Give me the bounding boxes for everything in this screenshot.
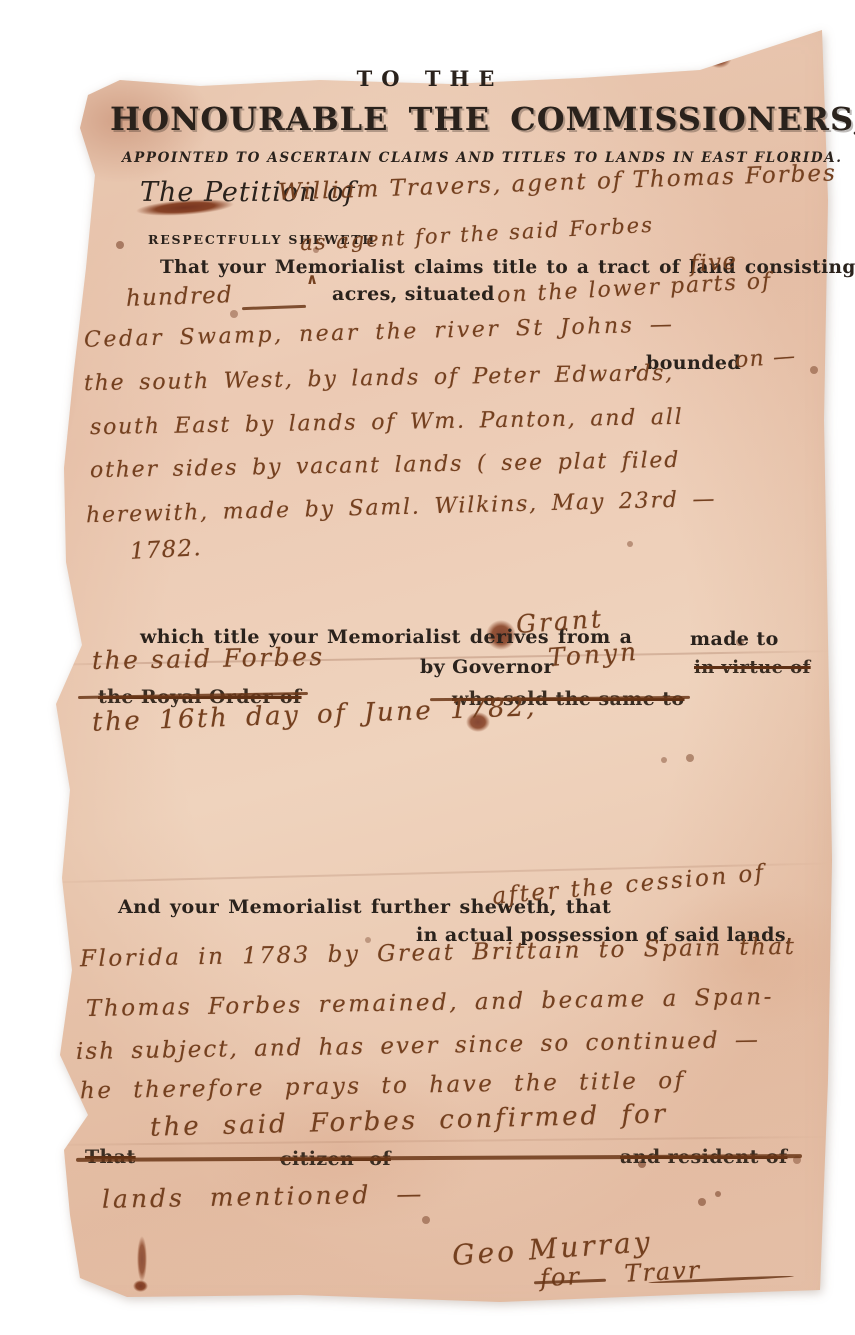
printed-acres-situated: acres, situated [332,283,495,305]
ink-drip [137,1236,147,1282]
printed-salutation: TO THE [320,66,540,91]
ink-drip-dot [133,1280,148,1292]
printed-subtitle: APPOINTED TO ASCERTAIN CLAIMS AND TITLES… [122,150,762,166]
hw-plat-year: 1782. [129,535,202,565]
printed-in-virtue-struck: in virtue of [694,657,811,678]
hw-lands-mentioned: lands mentioned — [102,1179,425,1214]
printed-made-to: made to [690,628,779,650]
ink-specks [0,0,4,4]
hw-acreage-hundred: hundred [126,282,234,312]
caret-insertion-icon: ∧ [306,270,318,288]
ink-stain [733,44,744,53]
hw-grantee-forbes: the said Forbes [92,642,325,675]
ink-stain [701,40,735,71]
printed-title: HONOURABLE THE COMMISSIONERS, [110,100,770,138]
hw-bounded-on: on — [734,344,797,373]
printed-by-governor: by Governor [420,656,554,678]
scanned-petition-document: TO THE HONOURABLE THE COMMISSIONERS, APP… [0,0,855,1335]
hw-grant: Grant [515,604,605,639]
